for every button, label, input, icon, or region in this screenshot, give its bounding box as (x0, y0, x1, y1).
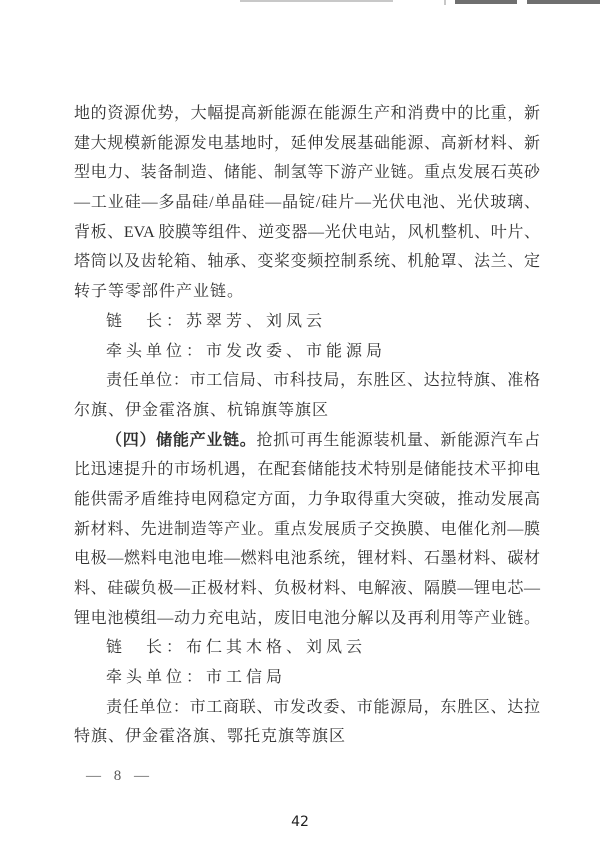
scan-artifact (240, 0, 393, 2)
text-line: 型电力、装备制造、储能、制氢等下游产业链。重点发展石英砂 (74, 158, 540, 188)
text-line: —工业硅—多晶硅/单晶硅—晶锭/硅片—光伏电池、光伏玻璃、 (74, 188, 540, 218)
text-line: 塔筒以及齿轮箱、轴承、变桨变频控制系统、机舱罩、法兰、定 (74, 247, 540, 277)
text-line: 建大规模新能源发电基地时，延伸发展基础能源、高新材料、新 (74, 129, 540, 159)
scan-artifact (527, 0, 600, 4)
scan-artifact (455, 0, 517, 4)
section-heading: （四）储能产业链。 (106, 432, 256, 449)
text-line: 料、硅碳负极—正极材料、负极材料、电解液、隔膜—锂电芯— (74, 574, 540, 604)
text-line: 链 长：苏翠芳、刘凤云 (74, 307, 540, 337)
page-number: 42 (0, 814, 600, 830)
text-line: 背板、EVA 胶膜等组件、逆变器—光伏电站，风机整机、叶片、 (74, 218, 540, 248)
text-line: 链 长：布仁其木格、刘凤云 (74, 633, 540, 663)
text-line: 新材料、先进制造等产业。重点发展质子交换膜、电催化剂—膜 (74, 515, 540, 545)
text-line: 地的资源优势，大幅提高新能源在能源生产和消费中的比重，新 (74, 99, 540, 129)
text-line: 锂电池模组—动力充电站，废旧电池分解以及再利用等产业链。 (74, 604, 540, 634)
text-line: 责任单位：市工商联、市发改委、市能源局，东胜区、达拉 (74, 693, 540, 723)
text-line: 牵头单位：市工信局 (74, 663, 540, 693)
text-line: 能供需矛盾维持电网稳定方面，力争取得重大突破，推动发展高 (74, 485, 540, 515)
scan-artifact (444, 0, 446, 5)
text-line: 牵头单位：市发改委、市能源局 (74, 337, 540, 367)
text-line: 转子等零部件产业链。 (74, 277, 540, 307)
text-line: （四）储能产业链。抢抓可再生能源装机量、新能源汽车占 (74, 426, 540, 456)
text-line: 比迅速提升的市场机遇，在配套储能技术特别是储能技术平抑电 (74, 455, 540, 485)
text-line: 电极—燃料电池电堆—燃料电池系统，锂材料、石墨材料、碳材 (74, 544, 540, 574)
text-line: 特旗、伊金霍洛旗、鄂托克旗等旗区 (74, 722, 540, 752)
document-body: 地的资源优势，大幅提高新能源在能源生产和消费中的比重，新建大规模新能源发电基地时… (74, 99, 540, 752)
text-line: 尔旗、伊金霍洛旗、杭锦旗等旗区 (74, 396, 540, 426)
text-line: 责任单位：市工信局、市科技局，东胜区、达拉特旗、准格 (74, 366, 540, 396)
footer-page-label: — 8 — (86, 768, 150, 785)
document-page: 地的资源优势，大幅提高新能源在能源生产和消费中的比重，新建大规模新能源发电基地时… (0, 0, 600, 857)
